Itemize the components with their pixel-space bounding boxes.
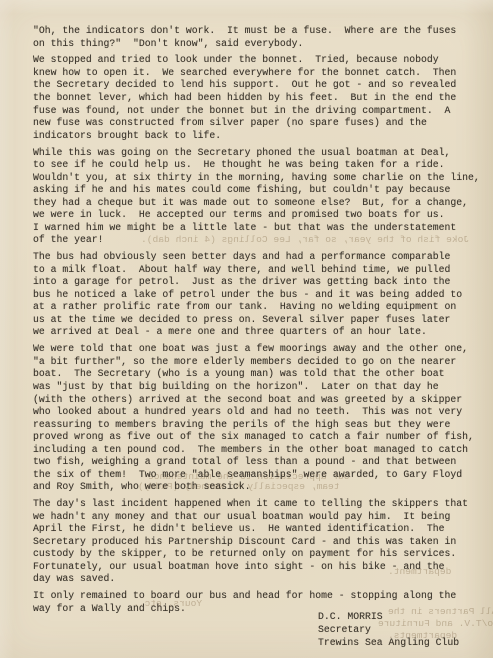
paragraph: "Oh, the indicators don't work. It must …: [33, 25, 488, 50]
signature-organisation: Trewins Sea Angling Club: [318, 637, 459, 650]
paragraph: We were told that one boat was just a fe…: [33, 343, 488, 494]
signature-role: Secretary: [318, 624, 459, 637]
signature-block: D.C. MORRIS Secretary Trewins Sea Anglin…: [318, 611, 459, 650]
scanned-letter-page: Joke fish of the year, so far, Lee Colli…: [0, 0, 493, 658]
signature-name: D.C. MORRIS: [318, 611, 459, 624]
paragraph: The bus had obviously seen better days a…: [33, 251, 488, 339]
paragraph: While this was going on the Secretary ph…: [33, 147, 488, 247]
paragraph: The day's last incident happened when it…: [33, 498, 488, 586]
paragraph: We stopped and tried to look under the b…: [33, 54, 488, 142]
letter-body: "Oh, the indicators don't work. It must …: [33, 25, 488, 620]
